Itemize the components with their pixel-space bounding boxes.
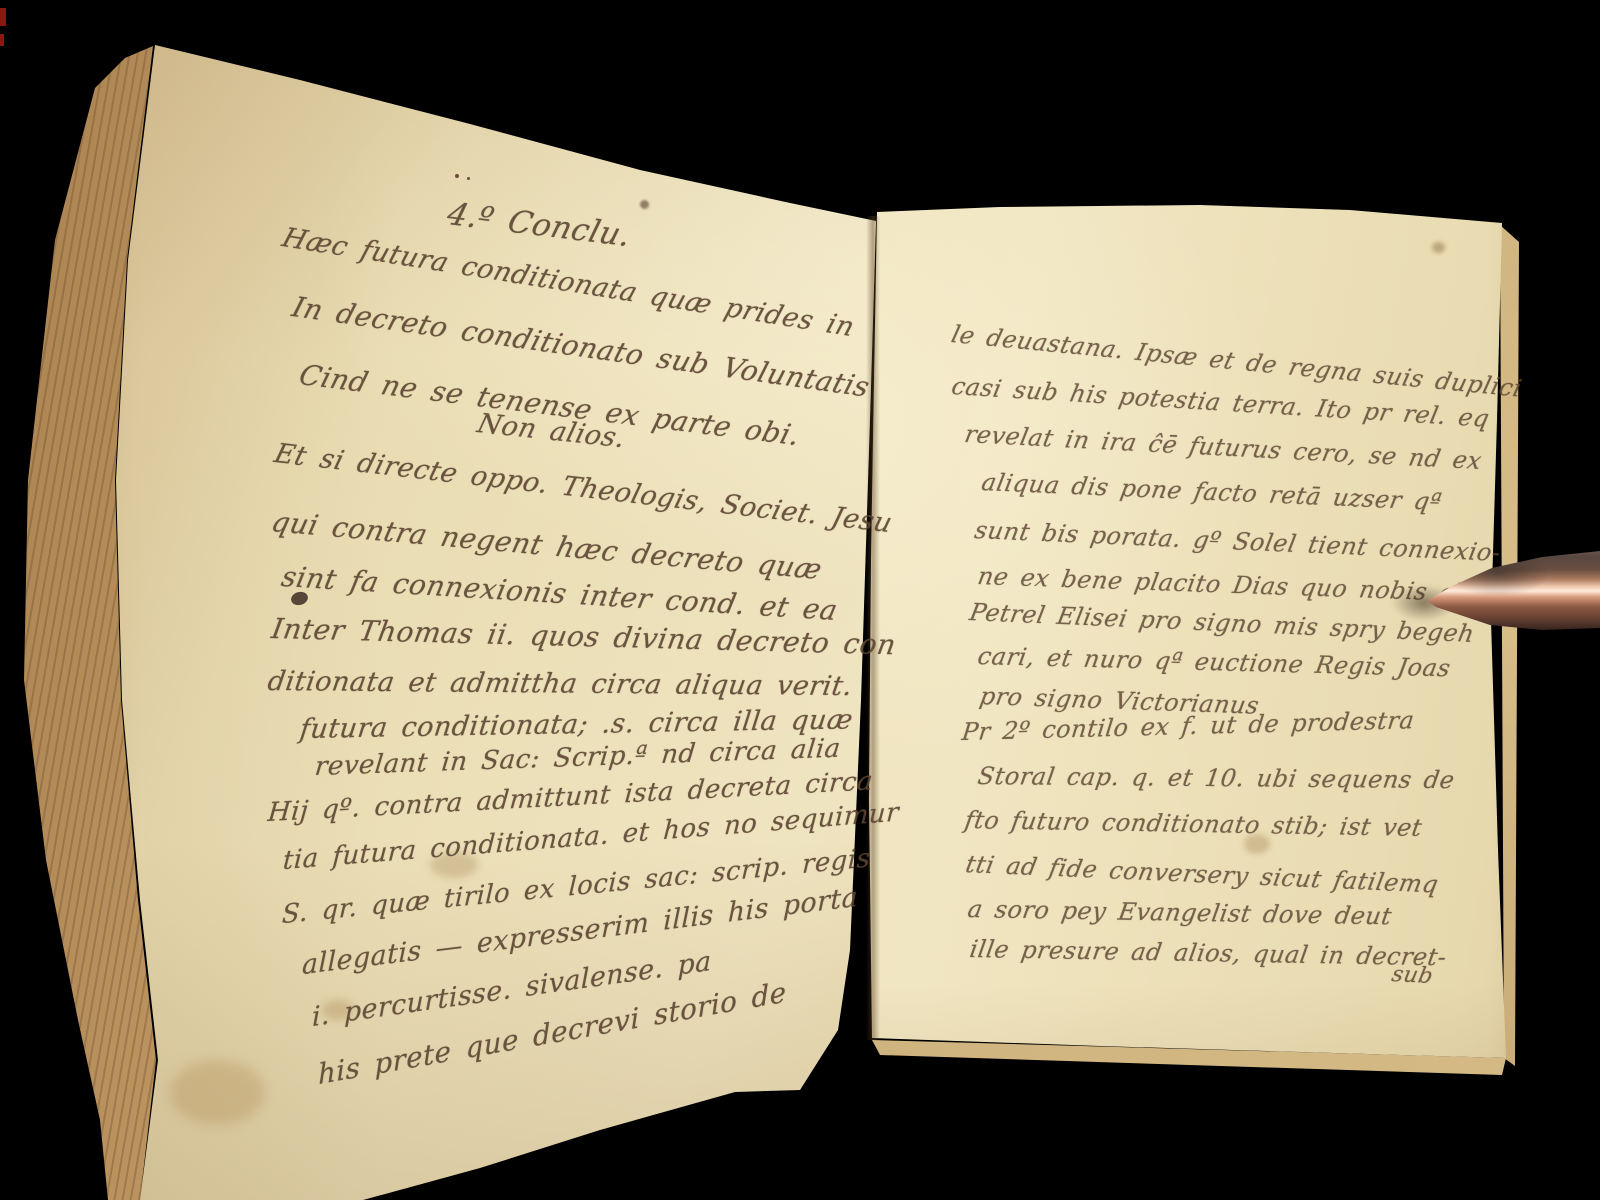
catchword: sub: [1390, 962, 1436, 989]
stain: [640, 200, 649, 209]
ink-dot: [455, 174, 459, 178]
photo-open-manuscript-book: 4.º Conclu. Hæc futura conditionata quæ …: [0, 0, 1600, 1200]
red-edge-artifact: [0, 34, 4, 46]
red-edge-artifact: [0, 8, 6, 26]
stain: [170, 1060, 265, 1125]
ink-dot: [467, 177, 470, 180]
stain: [1432, 242, 1445, 253]
manuscript-line: ditionata et admittha circa aliqua verit…: [266, 666, 855, 702]
manuscript-line: Storal cap. q. et 10. ubi sequens de: [976, 762, 1457, 794]
